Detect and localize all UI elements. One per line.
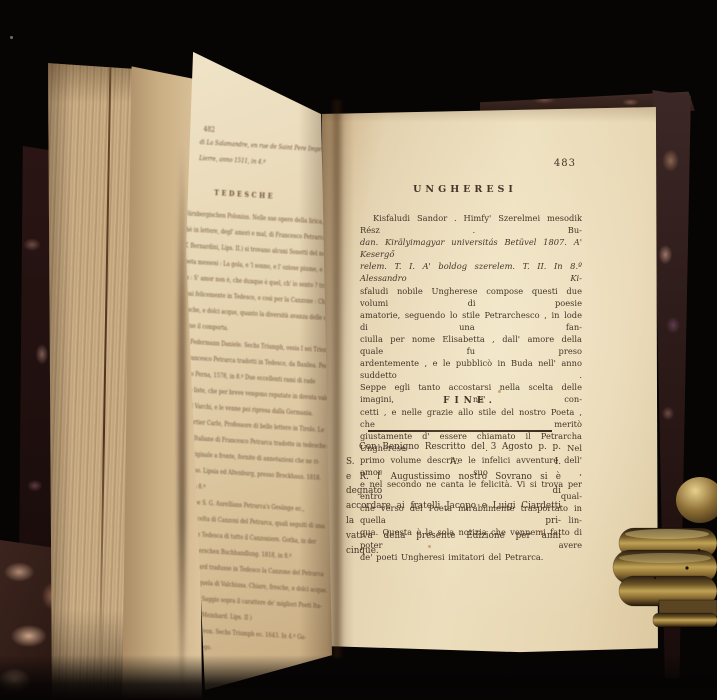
divider-rule bbox=[368, 430, 552, 432]
text-line: Poeta messosi : La gola, e 'l sonno, e l… bbox=[182, 254, 331, 279]
page-crease-shadow bbox=[178, 140, 186, 690]
brass-clasp bbox=[595, 458, 717, 673]
text-line: opere liste, che per breve vengono reput… bbox=[177, 382, 326, 407]
book-photo-scene: 483 UNGHERESI Kisfaludi Sandor . Himfy' … bbox=[0, 0, 717, 700]
section-heading: TEDESCHE bbox=[181, 186, 309, 203]
privilege-colophon: Con Benigno Rescritto del 3 Agosto p. p.… bbox=[346, 440, 561, 558]
text-line: sfaludi nobile Ungherese compose questi … bbox=[360, 285, 582, 309]
text-line: Lierre, anno 1511, in 4.º bbox=[199, 155, 344, 171]
dust-speck bbox=[10, 36, 13, 39]
text-line: tia del Varchi, e le venne poi ripresa d… bbox=[177, 398, 326, 423]
text-line: fresche, e dolci acque, quanto la divers… bbox=[180, 302, 329, 327]
text-line: Nürnbergischen Polonius. Nelle sue opere… bbox=[183, 206, 332, 231]
text-line: tro : S' amor non è, che dunque è quel, … bbox=[181, 270, 330, 295]
text-line: dan. Kirälyimagyar universitás Betüvel 1… bbox=[360, 236, 582, 260]
text-line: testo originale a fronte, fornite di ann… bbox=[175, 446, 324, 471]
brass-ball bbox=[676, 477, 717, 523]
text-line: lingue il comporta. bbox=[179, 318, 328, 343]
text-line: chè in lettere, degl' amori e mal, di Fr… bbox=[183, 222, 332, 247]
text-line: ardentemente , e le pubblicò in Buda nel… bbox=[360, 357, 582, 381]
text-line: relem. T. I. A' boldog szerelem. T. II. … bbox=[360, 260, 582, 284]
text-line: di Francesco Petrarca tradotti in Tedesc… bbox=[178, 350, 327, 375]
text-line: vativa della presente Edizione per anni … bbox=[346, 529, 561, 559]
text-line: amatorie, seguendo lo stile Petrarchesco… bbox=[360, 309, 582, 333]
left-page: 482 di La Salamandre, en rue de Saint Pe… bbox=[180, 48, 332, 696]
text-line: Fortier Carlo, Professore di belle lette… bbox=[176, 414, 325, 439]
page-number: 483 bbox=[520, 158, 576, 169]
text-line: Federmann Daniele. Sechs Triumph, ossia … bbox=[179, 334, 328, 359]
text-line: assai felicemente in Tedesco, e così per… bbox=[181, 286, 330, 311]
foxing-spot bbox=[540, 530, 543, 533]
left-page-text: 482 di La Salamandre, en rue de Saint Pe… bbox=[186, 48, 337, 57]
text-line: e R. l' Augustissimo nostro Sovrano si è… bbox=[346, 470, 561, 500]
gutter-shadow bbox=[330, 100, 344, 658]
text-line: (T. Bernardini, Lips. II.) si trovano al… bbox=[182, 238, 331, 263]
text-line: Kisfaludi Sandor . Himfy' Szerelmei meso… bbox=[360, 212, 582, 236]
text-line: accordare ai fratelli Jacopo e Luigi Cia… bbox=[346, 499, 561, 529]
bottom-shadow-fade bbox=[0, 655, 717, 700]
page-block-crack bbox=[99, 60, 112, 689]
foxing-spot bbox=[428, 545, 431, 548]
text-line: poesie Italiane di Francesco Petrarca tr… bbox=[176, 430, 325, 455]
text-line: schiarano. Lipsia ed Altenburg, presso B… bbox=[174, 462, 323, 487]
section-heading: UNGHERESI bbox=[320, 184, 610, 195]
fine-label: FINE. bbox=[320, 396, 620, 406]
text-line: ciulla per nome Elisabetta , dall' amore… bbox=[360, 333, 582, 357]
text-line: Con Benigno Rescritto del 3 Agosto p. p.… bbox=[346, 440, 561, 470]
foxing-spot bbox=[498, 390, 501, 393]
left-page-number: 482 bbox=[203, 125, 215, 134]
text-line: Pietro Perna, 1578, in 8.º Due eccellent… bbox=[178, 366, 327, 391]
text-line: cetti , e nelle grazie allo stile del no… bbox=[360, 406, 582, 430]
